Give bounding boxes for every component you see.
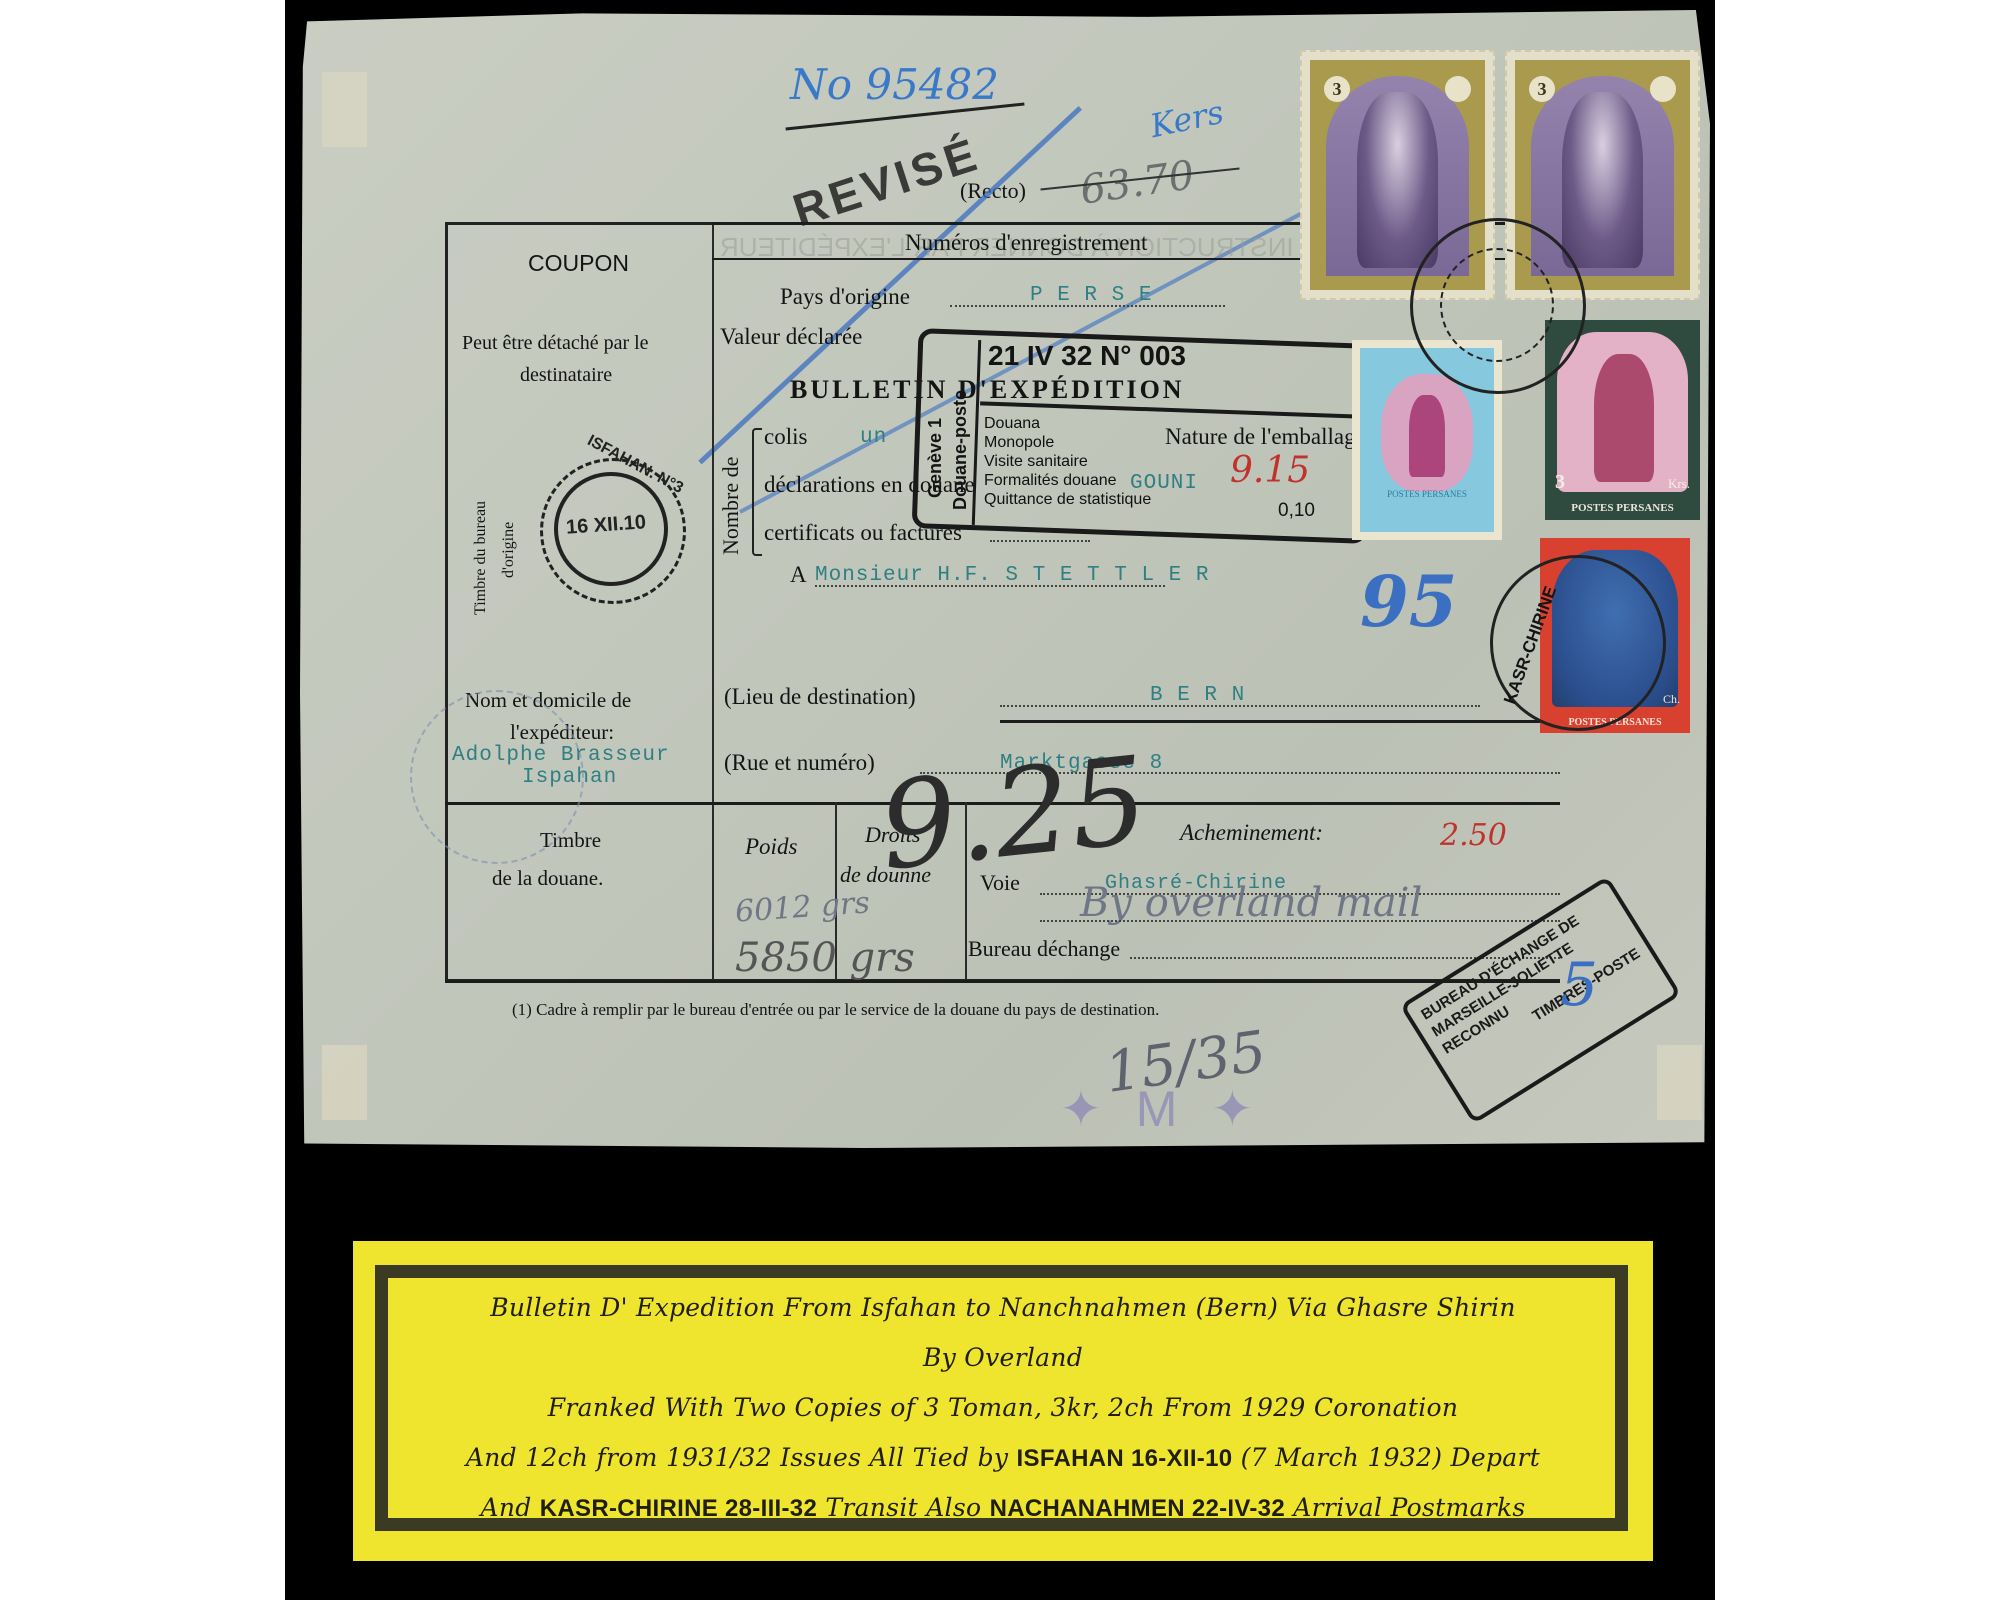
dotted-line	[1040, 920, 1560, 922]
dotted-line	[990, 540, 1090, 542]
stamp-label: POSTES PERSANES	[1545, 502, 1700, 514]
addressee: Monsieur H.F. S T E T T L E R	[815, 564, 1209, 587]
stamp-label: POSTES PERSANES	[1360, 489, 1494, 499]
caption-line-3: Franked With Two Copies of 3 Toman, 3kr,…	[353, 1383, 1653, 1433]
caption-line-5: And KASR-CHIRINE 28-III-32 Transit Also …	[353, 1483, 1653, 1533]
hinge-mark	[322, 1045, 367, 1120]
stamp-value: 3	[1529, 76, 1555, 102]
dotted-line	[815, 585, 1165, 587]
caption-postmark-nachanahmen: NACHANAHMEN 22-IV-32	[990, 1495, 1285, 1522]
colis-value: un	[860, 426, 887, 449]
colis-label: colis	[764, 424, 807, 450]
hinge-mark	[1657, 1045, 1702, 1120]
caption-text: (7 March 1932) Depart	[1232, 1443, 1540, 1472]
caption-line-1: Bulletin D' Expedition From Isfahan to N…	[353, 1283, 1653, 1333]
handstamp-side-1: Genève 1	[925, 418, 946, 498]
caption-postmark-isfahan: ISFAHAN 16-XII-10	[1017, 1445, 1233, 1472]
customs-label-2: de la douane.	[492, 866, 603, 891]
handstamp-item: Visite sanitaire	[984, 452, 1151, 471]
origin-stamp-label-2: d'origine	[500, 522, 518, 578]
weight-label: Poids	[745, 834, 797, 860]
handstamp-item: Douana	[984, 414, 1151, 433]
caption-text: And	[480, 1493, 539, 1522]
marseille-blue-mark: 5	[1560, 950, 1598, 1020]
stamp-unit: Krs.	[1668, 476, 1690, 492]
origin-stamp-label: Timbre du bureau	[472, 501, 490, 615]
weight-note-2: 5850 grs	[735, 935, 915, 981]
caption-card: Bulletin D' Expedition From Isfahan to N…	[353, 1241, 1653, 1561]
handstamp-item: Quittance de statistique	[984, 490, 1151, 509]
registration-number: No 95482	[790, 60, 999, 109]
coupon-note-line2: destinataire	[520, 364, 612, 387]
caption-text: And 12ch from 1931/32 Issues All Tied by	[466, 1443, 1017, 1472]
caption-text: Arrival Postmarks	[1285, 1493, 1526, 1522]
handstamp-items: Douana Monopole Visite sanitaire Formali…	[984, 414, 1151, 509]
rule	[1000, 720, 1560, 723]
coupon-note-line1: Peut être détaché par le	[462, 332, 649, 355]
brace	[752, 428, 762, 556]
destination-value: B E R N	[1150, 684, 1245, 707]
handstamp-date-line: 21 IV 32 N° 003	[988, 340, 1186, 372]
coupon-divider	[712, 222, 714, 982]
caption-line-2: By Overland	[353, 1333, 1653, 1383]
red-amount-2: 2.50	[1440, 818, 1507, 853]
count-label: Nombre de	[718, 457, 744, 555]
country-value: P E R S E	[1030, 284, 1152, 307]
large-pencil-amount: 9.25	[873, 731, 1153, 897]
coupon-title: COUPON	[528, 250, 629, 277]
destination-label: (Lieu de destination)	[724, 684, 916, 710]
routing-label: Acheminement:	[1180, 820, 1323, 846]
blue-amount: 95	[1360, 560, 1457, 643]
to-label: A	[790, 562, 807, 588]
handstamp-item: Formalités douane	[984, 471, 1151, 490]
caption-line-4: And 12ch from 1931/32 Issues All Tied by…	[353, 1433, 1653, 1483]
handstamp-fee: 0,10	[1278, 500, 1315, 522]
customs-label-1: Timbre	[540, 828, 601, 853]
country-label: Pays d'origine	[780, 284, 910, 310]
street-label: (Rue et numéro)	[724, 750, 875, 776]
handstamp-side-2: Douane-poste	[950, 390, 971, 510]
caption-text: Transit Also	[817, 1493, 989, 1522]
stamp-value: 3	[1324, 76, 1350, 102]
declared-value-label: Valeur déclarée	[720, 324, 862, 350]
kasr-chirine-postmark-inner	[1440, 248, 1554, 362]
footnote: (1) Cadre à remplir par le bureau d'entr…	[512, 1000, 1159, 1020]
exchange-label: Bureau déchange	[968, 936, 1120, 962]
rule	[445, 980, 1560, 983]
caption-postmark-kasr: KASR-CHIRINE 28-III-32	[540, 1495, 817, 1522]
handstamp-item: Monopole	[984, 433, 1151, 452]
violet-cancel: ✦ M ✦	[1060, 1080, 1263, 1138]
stamp-value: 3	[1555, 471, 1565, 494]
form-header: Numéros d'enregistrement	[905, 230, 1147, 256]
stamp-unit: Ch.	[1663, 692, 1680, 707]
hinge-mark	[322, 72, 367, 147]
